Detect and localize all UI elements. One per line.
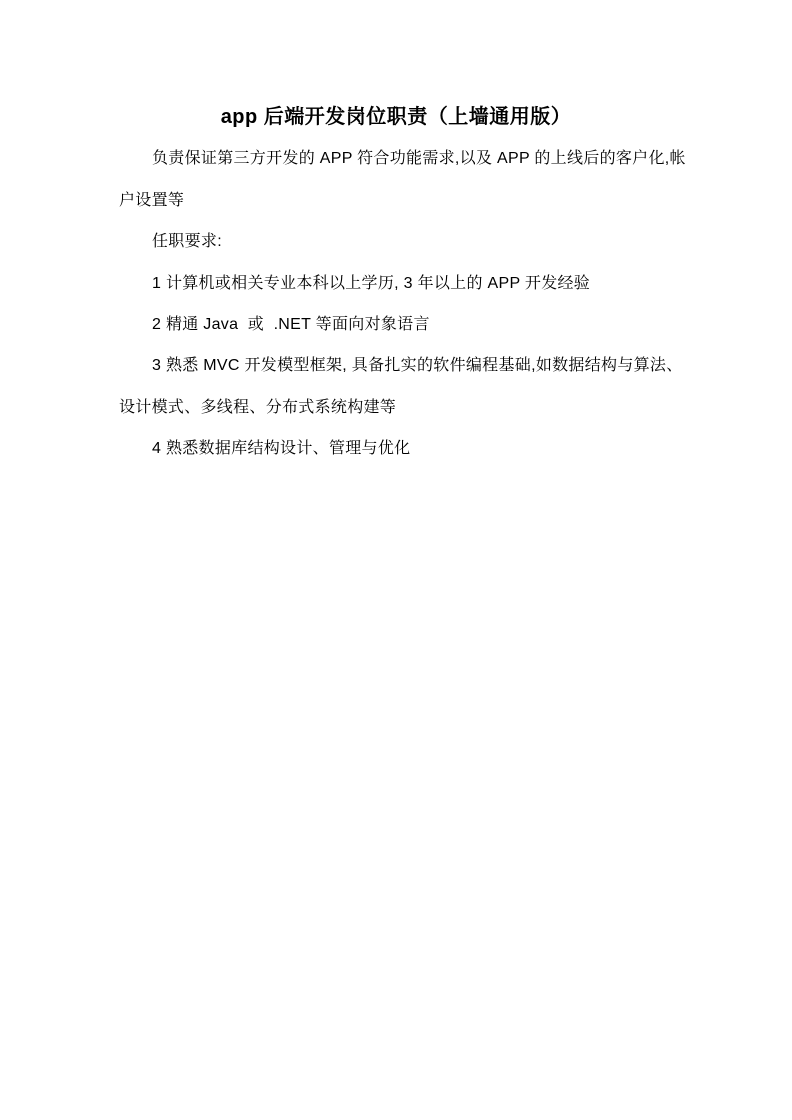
document-line: 任职要求: — [119, 221, 673, 262]
document-line: 负责保证第三方开发的 APP 符合功能需求,以及 APP 的上线后的客户化,帐 — [119, 138, 673, 179]
document-line: 设计模式、多线程、分布式系统构建等 — [119, 387, 673, 428]
document-line: 2 精通 Java 或 .NET 等面向对象语言 — [119, 304, 673, 345]
document-line: 1 计算机或相关专业本科以上学历, 3 年以上的 APP 开发经验 — [119, 263, 673, 304]
document-line: 4 熟悉数据库结构设计、管理与优化 — [119, 428, 673, 469]
document-line: 户设置等 — [119, 180, 673, 221]
document-line: 3 熟悉 MVC 开发模型框架, 具备扎实的软件编程基础,如数据结构与算法、 — [119, 345, 673, 386]
document-content: app 后端开发岗位职责（上墙通用版） 负责保证第三方开发的 APP 符合功能需… — [119, 97, 673, 470]
document-title: app 后端开发岗位职责（上墙通用版） — [119, 97, 673, 138]
document-body: 负责保证第三方开发的 APP 符合功能需求,以及 APP 的上线后的客户化,帐户… — [119, 138, 673, 469]
document-page: app 后端开发岗位职责（上墙通用版） 负责保证第三方开发的 APP 符合功能需… — [0, 0, 792, 1120]
